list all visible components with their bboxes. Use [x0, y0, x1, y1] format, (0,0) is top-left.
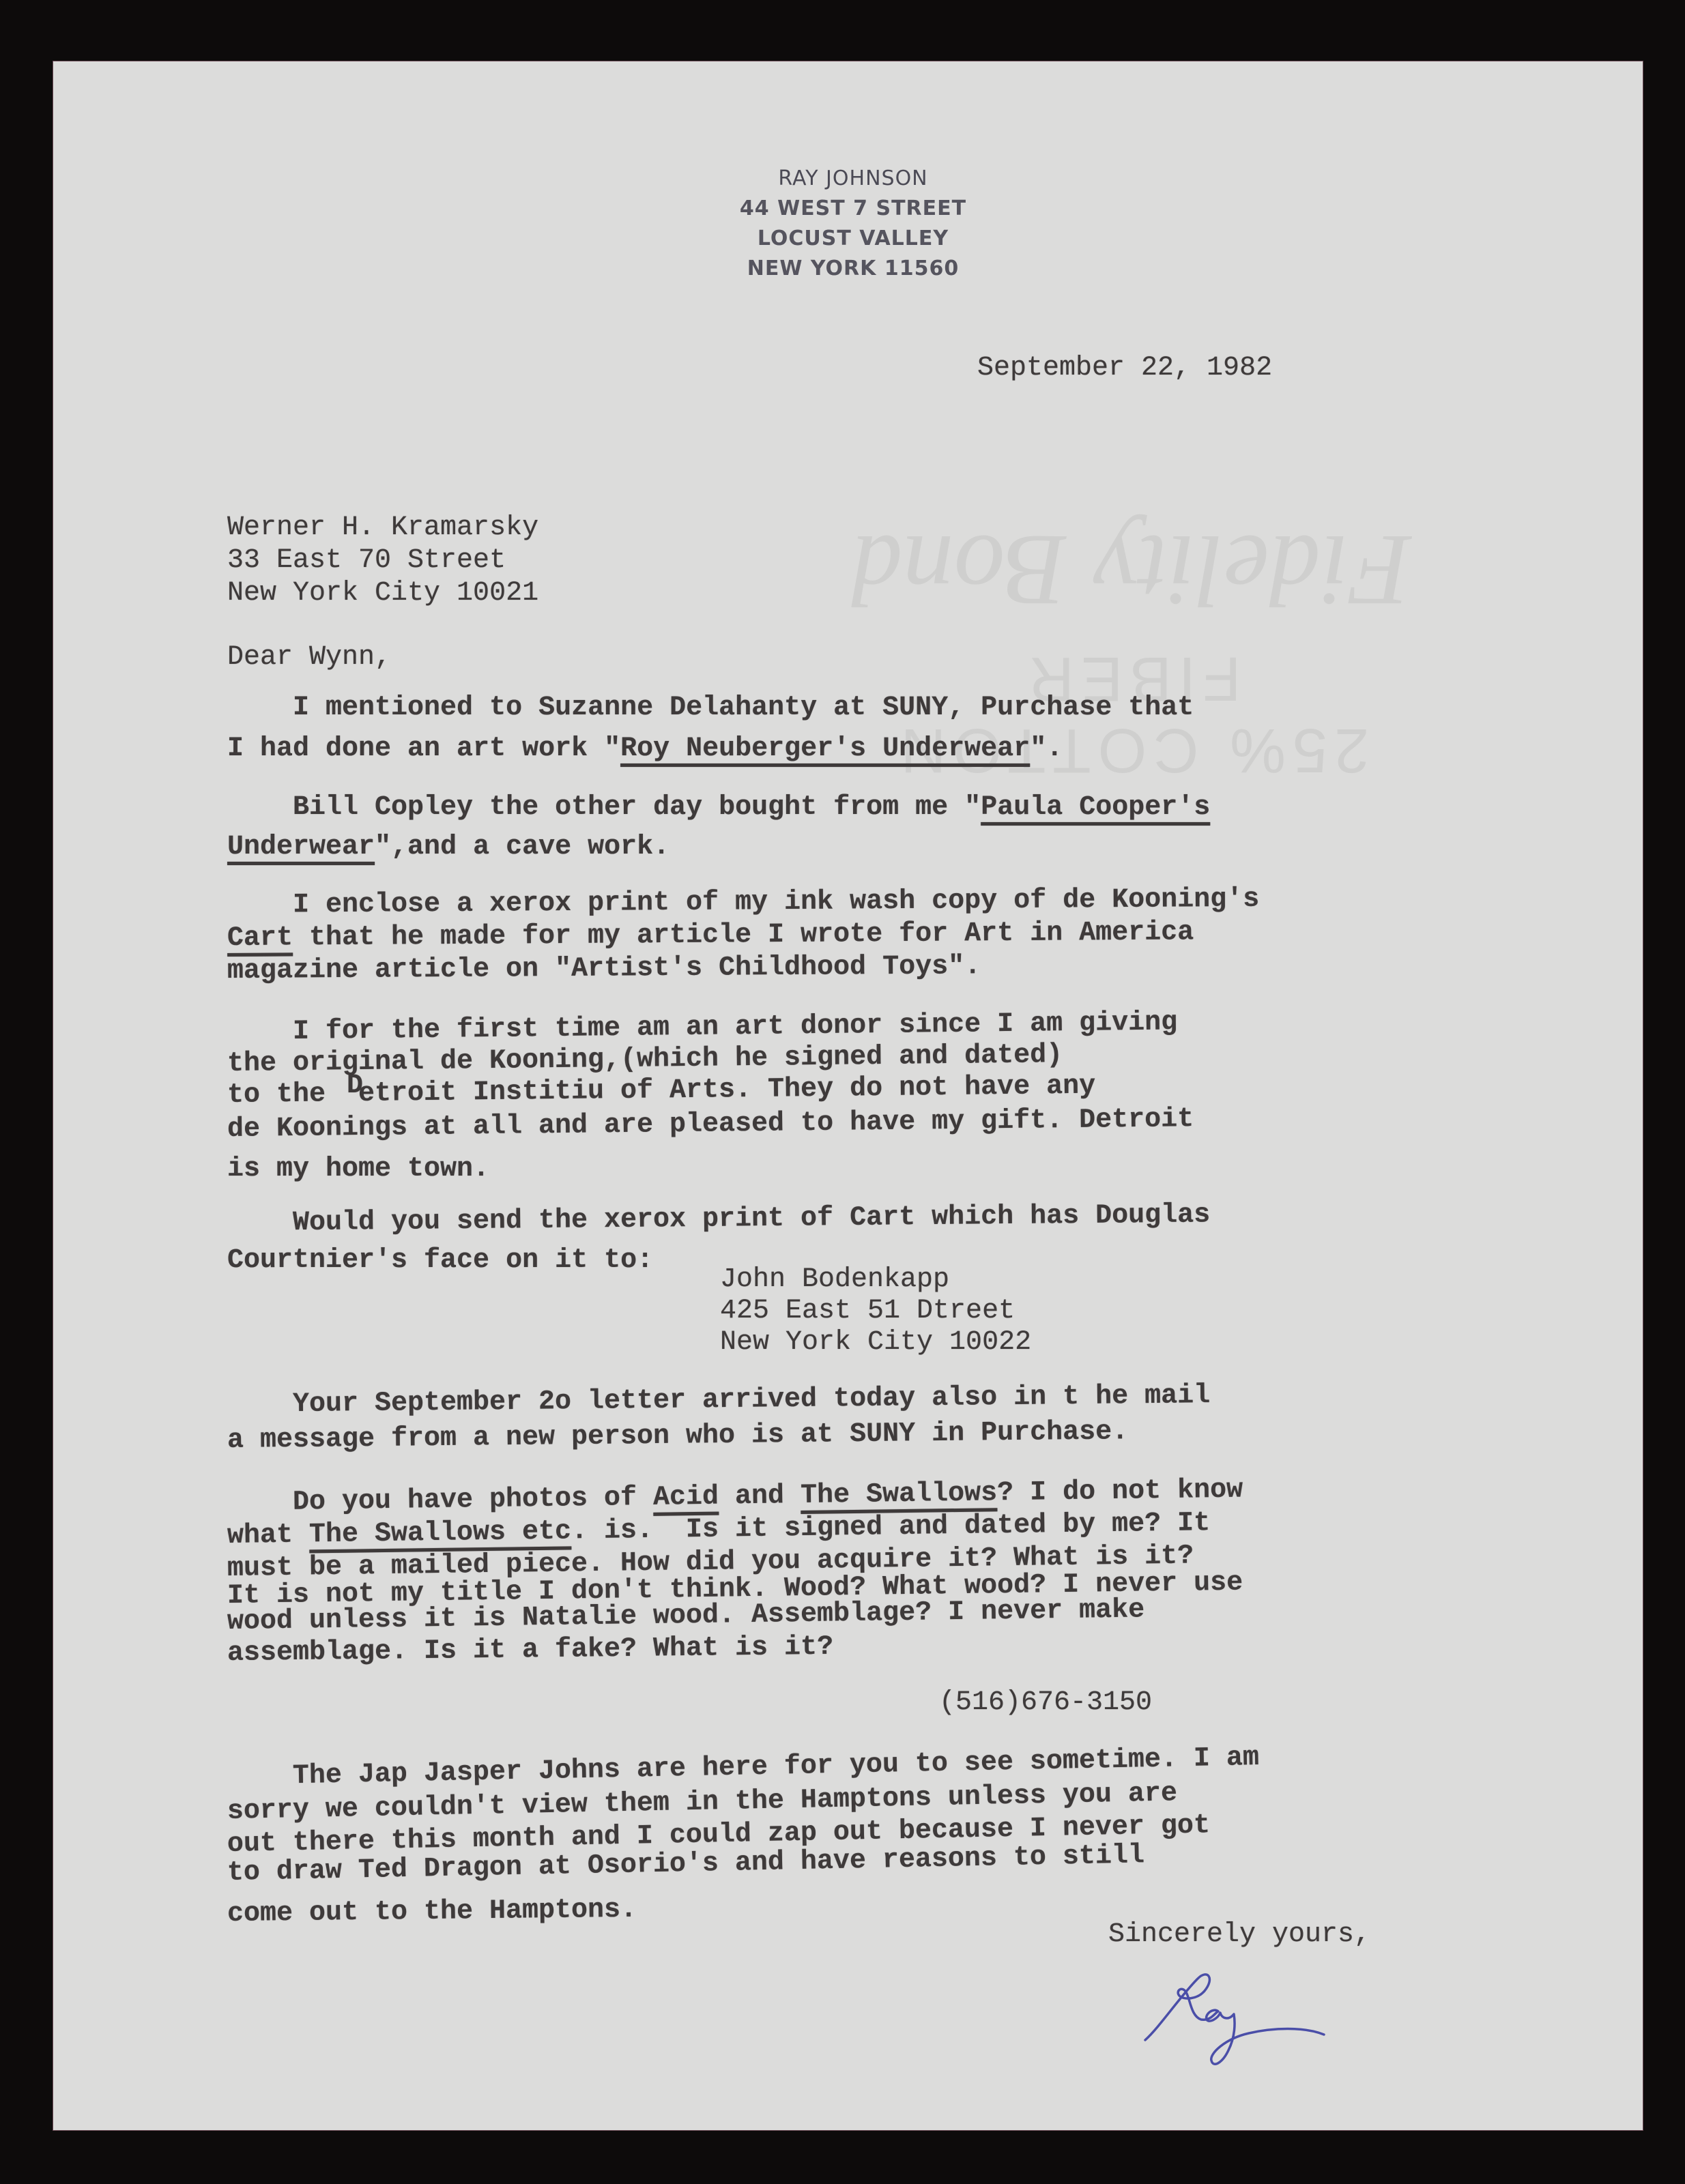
p3-line-3: magazine article on "Artist's Childhood …	[227, 953, 981, 985]
p2-line-1-text: Bill Copley the other day bought from me…	[227, 792, 981, 823]
p2-line-2: Underwear",and a cave work.	[227, 834, 669, 861]
p4-overstrike-d: D	[347, 1073, 363, 1100]
p4-line-5: is my home town.	[227, 1156, 489, 1183]
artwork-title-paula-coopers: Paula Cooper's	[981, 792, 1210, 823]
forward-address-city: New York City 10022	[720, 1329, 1031, 1356]
letter-date: September 22, 1982	[977, 355, 1272, 382]
recipient-city: New York City 10021	[227, 580, 538, 607]
artwork-title-cart: Cart	[227, 922, 293, 954]
artwork-title-the-swallows: The Swallows	[801, 1478, 998, 1511]
recipient-street: 33 East 70 Street	[227, 547, 506, 574]
signature-ray-icon	[1133, 1958, 1379, 2095]
salutation: Dear Wynn,	[227, 644, 391, 671]
letterhead-street: 44 WEST 7 STREET	[723, 194, 983, 224]
p7-line-1-mid: and	[719, 1481, 801, 1513]
signature-ray	[1133, 1958, 1379, 2095]
letterhead-name: RAY JOHNSON	[723, 164, 983, 194]
closing: Sincerely yours,	[1108, 1921, 1370, 1949]
p1-line-1: I mentioned to Suzanne Delahanty at SUNY…	[227, 695, 1194, 722]
letterhead-city: LOCUST VALLEY	[723, 224, 983, 254]
p1-line-2: I had done an art work "Roy Neuberger's …	[227, 736, 1063, 763]
forward-address-street: 425 East 51 Dtreet	[720, 1298, 1015, 1325]
letterhead-stamp: RAY JOHNSON 44 WEST 7 STREET LOCUST VALL…	[723, 164, 983, 284]
p7-line-1-end: ? I do not know	[997, 1475, 1243, 1509]
p1-line-2-end: ".	[1030, 733, 1063, 764]
letterhead-state-zip: NEW YORK 11560	[723, 254, 983, 284]
p7-line-1-text: Do you have photos of	[227, 1483, 654, 1519]
p7-line-6: assemblage. Is it a fake? What is it?	[227, 1634, 834, 1668]
artwork-title-underwear: Underwear	[227, 832, 375, 862]
p8-line-5: come out to the Hamptons.	[227, 1897, 637, 1928]
p1-line-2-text: I had done an art work "	[227, 733, 620, 764]
p2-line-1: Bill Copley the other day bought from me…	[227, 794, 1210, 821]
phone-number: (516)676-3150	[939, 1689, 1152, 1717]
artwork-title-acid: Acid	[653, 1482, 719, 1513]
p5-line-2: Courtnier's face on it to:	[227, 1247, 653, 1275]
recipient-name: Werner H. Kramarsky	[227, 514, 538, 542]
watermark-line-2: Fidelity Bond	[804, 512, 1459, 629]
p3-line-1: I enclose a xerox print of my ink wash c…	[227, 886, 1259, 920]
p3-line-2-end: that he made for my article I wrote for …	[293, 917, 1194, 953]
artwork-title-roy-neubergers-underwear: Roy Neuberger's Underwear	[620, 733, 1030, 764]
forward-address-name: John Bodenkapp	[720, 1266, 949, 1294]
p7-line-2-text: what	[227, 1519, 310, 1552]
p2-line-2-end: ",and a cave work.	[375, 832, 669, 862]
artwork-title-the-swallows-etc: The Swallows etc	[309, 1516, 572, 1550]
p3-line-2: Cart that he made for my article I wrote…	[227, 919, 1194, 952]
